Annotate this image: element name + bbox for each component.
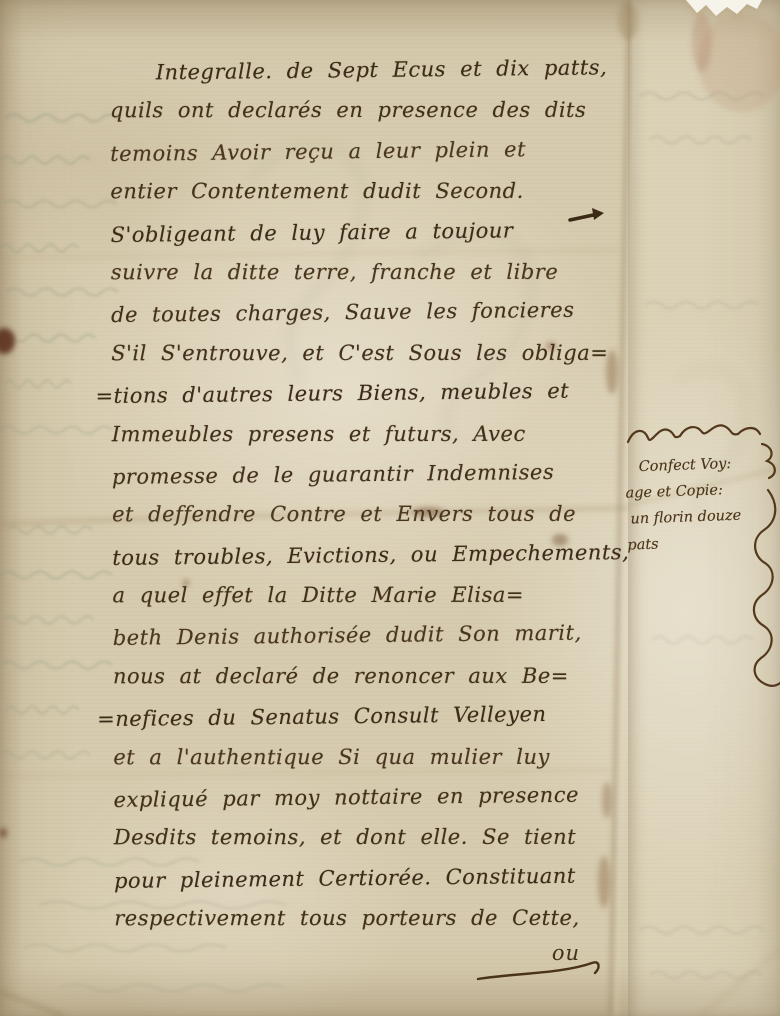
margin-note-line: pats — [627, 527, 778, 558]
manuscript-line: expliqué par moy nottaire en presence — [113, 774, 633, 820]
manuscript-line: S'obligeant de luy faire a toujour — [110, 209, 630, 255]
manuscript-line: tous troubles, Evictions, ou Empechement… — [112, 532, 632, 578]
manuscript-line: entier Contentement dudit Second. — [110, 171, 630, 212]
manuscript-line: et deffendre Contre et Envers tous de — [112, 494, 632, 535]
manuscript-line: beth Denis authorisée dudit Son marit, — [113, 613, 633, 659]
manuscript-line: respectivement tous porteurs de Cette, — [114, 898, 634, 939]
manuscript-line: Integralle. de Sept Ecus et dix patts, — [110, 47, 630, 93]
manuscript-line: pour pleinement Certiorée. Constituant — [114, 855, 634, 901]
margin-note: Confect Voy: age et Copie: un florin dou… — [624, 449, 778, 558]
manuscript-body: Integralle. de Sept Ecus et dix patts, q… — [110, 49, 635, 940]
manuscript-line: a quel effet la Ditte Marie Elisa= — [113, 575, 633, 616]
manuscript-line: temoins Avoir reçu a leur plein et — [110, 128, 630, 174]
catchword: ou — [520, 941, 612, 965]
manuscript-line: S'il S'entrouve, et C'est Sous les oblig… — [111, 333, 631, 374]
manuscript-line: et a l'authentique Si qua mulier luy — [113, 736, 633, 777]
manuscript-line: =nefices du Senatus Consult Velleyen — [97, 693, 633, 739]
manuscript-line: =tions d'autres leurs Biens, meubles et — [95, 370, 631, 416]
manuscript-line: Desdits temoins, et dont elle. Se tient — [114, 817, 634, 858]
manuscript-line: suivre la ditte terre, franche et libre — [111, 252, 631, 293]
manuscript-line: de toutes charges, Sauve les foncieres — [111, 289, 631, 335]
manuscript-line: Immeubles presens et futurs, Avec — [112, 413, 632, 454]
manuscript-page: Integralle. de Sept Ecus et dix patts, q… — [0, 0, 780, 1016]
manuscript-line: promesse de le guarantir Indemnises — [112, 451, 632, 497]
manuscript-line: quils ont declarés en presence des dits — [110, 90, 630, 131]
manuscript-line: nous at declaré de renoncer aux Be= — [113, 656, 633, 697]
